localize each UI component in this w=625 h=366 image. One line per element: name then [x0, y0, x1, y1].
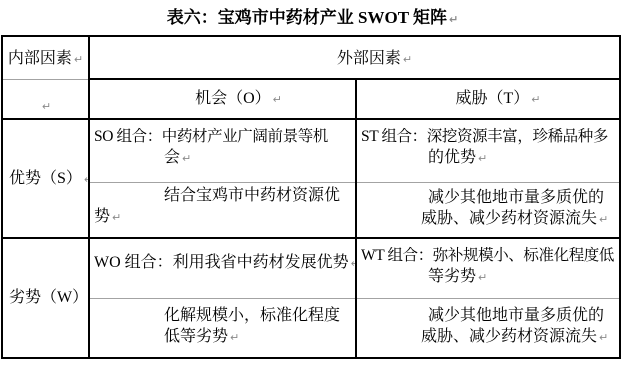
so-strategy-line1: SO 组合：中药材产业广阔前景等机 [94, 128, 328, 145]
paragraph-mark-icon: ↵ [401, 53, 412, 66]
cell-threat-header: 威胁（T）↵ [356, 79, 620, 119]
so-strategy2-line2: 势 [94, 208, 110, 225]
paragraph-mark-icon: ↵ [447, 13, 458, 26]
cell-st-strategy: ST 组合：深挖资源丰富，珍稀品种多 的优势↵ [356, 119, 620, 182]
wt-strategy-line2: 等劣势 [428, 268, 476, 285]
paragraph-mark-icon: ↵ [476, 152, 487, 165]
paragraph-mark-icon: ↵ [180, 152, 191, 165]
paragraph-mark-icon: ↵ [40, 100, 51, 113]
table-title-text: 表六：宝鸡市中药材产业 SWOT 矩阵 [167, 8, 447, 27]
cell-opportunity-header: 机会（O）↵ [89, 79, 356, 119]
st-strategy2-line1: 减少其他地市量多质优的 [428, 189, 604, 206]
wo-strategy2-line2: 低等劣势 [164, 328, 228, 345]
external-factors-label: 外部因素 [337, 50, 401, 67]
swot-matrix-table: 内部因素↵ 外部因素↵ ↵ 机会（O）↵ 威胁（T）↵ 优势（S）↵ SO 组合… [1, 35, 621, 359]
cell-wo-strategy: WO 组合：利用我省中药材发展优势↵ [89, 238, 356, 298]
st-strategy-line1: ST 组合：深挖资源丰富，珍稀品种多 [361, 128, 608, 145]
cell-so-strategy-2: 结合宝鸡市中药材资源优 势↵ [89, 182, 356, 238]
row-weakness-a: 劣势（W）↵ WO 组合：利用我省中药材发展优势↵ WT 组合：弥补规模小、标准… [2, 238, 620, 298]
cell-empty: ↵ [2, 79, 89, 119]
wt-strategy2-line2: 威胁、减少药材资源流失 [421, 328, 597, 345]
paragraph-mark-icon: ↵ [476, 271, 487, 284]
cell-weakness-label: 劣势（W）↵ [2, 238, 89, 358]
paragraph-mark-icon: ↵ [228, 331, 239, 344]
row-strength-a: 优势（S）↵ SO 组合：中药材产业广阔前景等机 会↵ ST 组合：深挖资源丰富… [2, 119, 620, 182]
paragraph-mark-icon: ↵ [82, 173, 89, 186]
paragraph-mark-icon: ↵ [597, 331, 608, 344]
opportunity-label: 机会（O） [195, 90, 271, 107]
weakness-label: 劣势（W） [9, 289, 88, 306]
table-title: 表六：宝鸡市中药材产业 SWOT 矩阵↵ [0, 7, 625, 31]
cell-strength-label: 优势（S）↵ [2, 119, 89, 238]
cell-external-factors: 外部因素↵ [89, 36, 620, 79]
row-weakness-b: 化解规模小，标准化程度 低等劣势↵ 减少其他地市量多质优的 威胁、减少药材资源流… [2, 298, 620, 358]
paragraph-mark-icon: ↵ [110, 211, 121, 224]
wt-strategy-line1: WT 组合：弥补规模小、标准化程度低 [361, 247, 614, 264]
so-strategy2-line1: 结合宝鸡市中药材资源优 [164, 187, 340, 204]
header-row-factors: 内部因素↵ 外部因素↵ [2, 36, 620, 79]
wo-strategy2-line1: 化解规模小，标准化程度 [164, 307, 340, 324]
paragraph-mark-icon: ↵ [597, 213, 608, 226]
st-strategy2-line2: 威胁、减少药材资源流失 [421, 210, 597, 227]
wo-strategy-line1: WO 组合：利用我省中药材发展优势 [94, 254, 349, 271]
strength-label: 优势（S） [9, 170, 82, 187]
cell-wo-strategy-2: 化解规模小，标准化程度 低等劣势↵ [89, 298, 356, 358]
document-page: 表六：宝鸡市中药材产业 SWOT 矩阵↵ 内部因素↵ 外部因素↵ ↵ 机会（O）… [0, 0, 625, 366]
cell-st-strategy-2: 减少其他地市量多质优的 威胁、减少药材资源流失↵ [356, 182, 620, 238]
cell-internal-factors: 内部因素↵ [2, 36, 89, 79]
st-strategy-line2: 的优势 [428, 149, 476, 166]
row-strength-b: 结合宝鸡市中药材资源优 势↵ 减少其他地市量多质优的 威胁、减少药材资源流失↵ [2, 182, 620, 238]
cell-wt-strategy: WT 组合：弥补规模小、标准化程度低 等劣势↵ [356, 238, 620, 298]
paragraph-mark-icon: ↵ [529, 93, 540, 106]
cell-so-strategy: SO 组合：中药材产业广阔前景等机 会↵ [89, 119, 356, 182]
wt-strategy2-line1: 减少其他地市量多质优的 [428, 307, 604, 324]
internal-factors-label: 内部因素 [8, 50, 72, 67]
threat-label: 威胁（T） [456, 90, 530, 107]
so-strategy-line2: 会 [164, 149, 180, 166]
paragraph-mark-icon: ↵ [271, 93, 282, 106]
paragraph-mark-icon: ↵ [349, 257, 356, 270]
header-row-opportunity-threat: ↵ 机会（O）↵ 威胁（T）↵ [2, 79, 620, 119]
paragraph-mark-icon: ↵ [72, 53, 83, 66]
cell-wt-strategy-2: 减少其他地市量多质优的 威胁、减少药材资源流失↵ [356, 298, 620, 358]
